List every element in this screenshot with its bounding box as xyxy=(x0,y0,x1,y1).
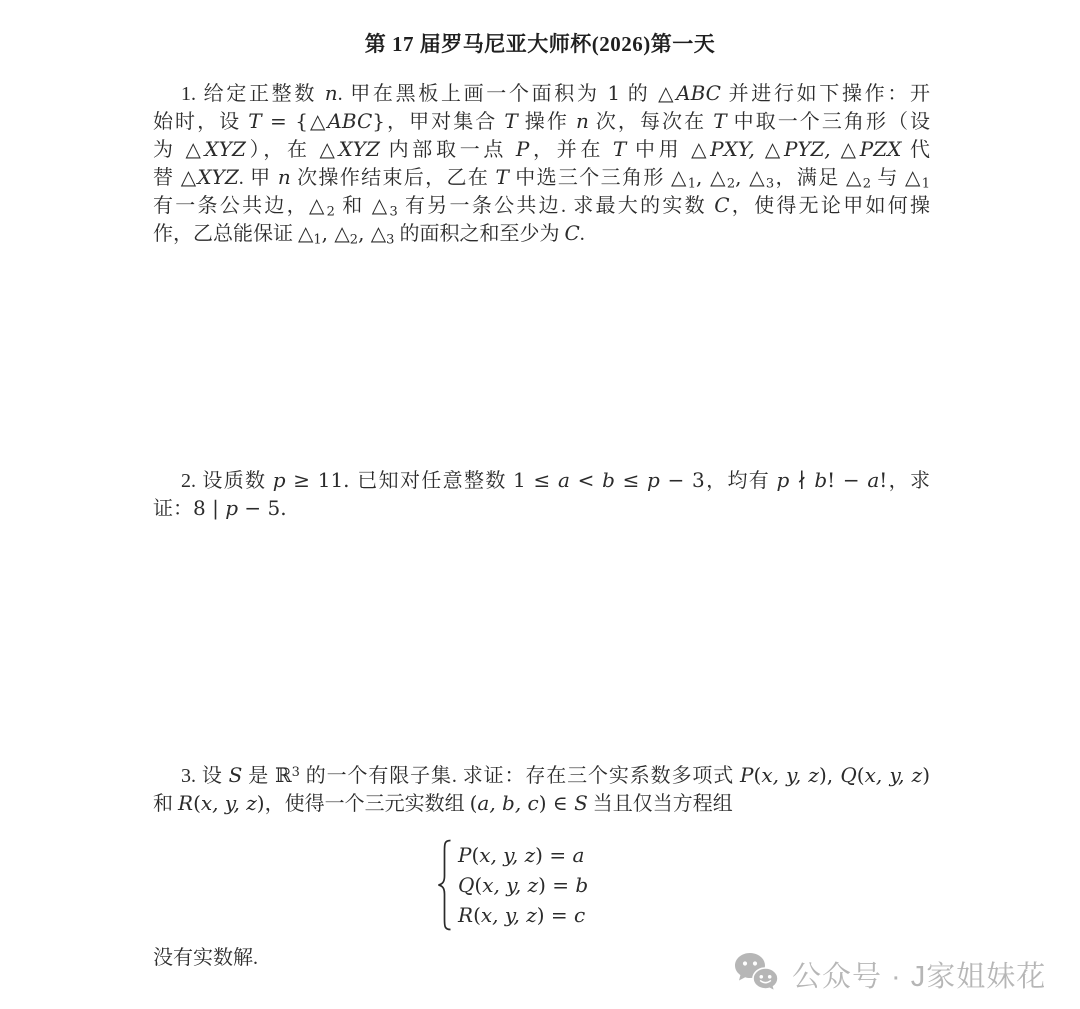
text-segment: 替 xyxy=(153,167,181,189)
text-line: 和 R(x, y, z)，使得一个三元实数组 (a, b, c) ∈ S 当且仅… xyxy=(153,789,930,817)
math-text: △XYZ xyxy=(319,137,379,161)
math-text: x, y, z xyxy=(481,903,537,927)
math-text: T xyxy=(496,165,509,189)
text-line: 2. 设质数 p ≥ 11. 已知对任意整数 1 ≤ a < b ≤ p − 3… xyxy=(153,466,930,494)
text-segment: 当且仅当方程组 xyxy=(588,793,733,815)
math-text: b xyxy=(814,468,827,492)
text-line: Q(x, y, z) = b xyxy=(458,870,588,900)
math-text: △ xyxy=(749,165,766,189)
text-segment: 的面积之和至少为 xyxy=(394,223,564,245)
math-text: R xyxy=(458,903,473,927)
math-text: C xyxy=(564,221,579,245)
left-brace-icon xyxy=(436,839,454,931)
text-segment: ) = xyxy=(538,873,575,897)
equations: P(x, y, z) = aQ(x, y, z) = bR(x, y, z) =… xyxy=(458,840,588,930)
text-segment: 8 | xyxy=(193,496,225,520)
math-text: △XYZ xyxy=(185,137,245,161)
text-segment: 中取一个三角形（设 xyxy=(727,111,930,133)
text-segment: , xyxy=(358,221,371,245)
text-segment: ∤ xyxy=(789,468,814,492)
text-segment: 1 ≤ xyxy=(513,468,558,492)
text-segment: . 甲 xyxy=(239,167,278,189)
watermark: 公众号 · J家姐妹花 xyxy=(733,951,1046,997)
text-segment: 与 xyxy=(871,167,905,189)
math-text: x, y, z xyxy=(761,763,819,787)
text-segment: 有另一条公共边. 求最大的实数 xyxy=(398,195,714,217)
math-text: x, y, z xyxy=(482,873,538,897)
math-text: P xyxy=(458,843,471,867)
text-line: P(x, y, z) = a xyxy=(458,840,588,870)
text-line: 1. 给定正整数 n. 甲在黑板上画一个面积为 1 的 △ABC 并进行如下操作… xyxy=(153,79,930,107)
math-text: S xyxy=(229,763,243,787)
text-segment: ≤ xyxy=(615,468,647,492)
text-segment: 2 xyxy=(727,177,735,191)
text-segment: ，甲对集合 xyxy=(385,111,504,133)
text-segment: 中选三个三角形 xyxy=(509,167,671,189)
text-segment: 1 xyxy=(922,177,930,191)
text-segment: 2 xyxy=(863,177,871,191)
text-segment: ，使得无论甲如何操 xyxy=(730,195,930,217)
math-text: △ xyxy=(710,165,727,189)
text-segment: 3 xyxy=(292,765,300,780)
math-text: p xyxy=(777,468,790,492)
math-text: p xyxy=(647,468,660,492)
math-text: S xyxy=(574,791,588,815)
text-segment: 作，乙总能保证 xyxy=(153,223,298,245)
closing-text: 没有实数解. xyxy=(153,944,258,972)
text-line: 始时，设 T = {△ABC}，甲对集合 T 操作 n 次，每次在 T 中取一个… xyxy=(153,107,930,135)
text-line: 作，乙总能保证 △1, △2, △3 的面积之和至少为 C. xyxy=(153,219,930,247)
text-segment: ，求 xyxy=(887,470,930,492)
text-segment: ，均有 xyxy=(705,470,777,492)
math-text: b xyxy=(602,468,615,492)
math-text: n xyxy=(325,81,338,105)
math-text: T xyxy=(713,109,726,133)
text-segment: 为 xyxy=(153,139,185,161)
text-segment: ( xyxy=(193,791,201,815)
problem-3: 3. 设 S 是 ℝ3 的一个有限子集. 求证：存在三个实系数多项式 P(x, … xyxy=(153,761,930,817)
math-text: p xyxy=(273,468,286,492)
text-segment: 2 xyxy=(350,233,358,248)
text-segment: ! − xyxy=(827,468,867,492)
text-segment: 3 xyxy=(389,205,397,219)
text-segment: 代 xyxy=(901,139,930,161)
text-segment: − 5. xyxy=(238,496,287,520)
text-segment: , xyxy=(735,165,749,189)
text-line: 有一条公共边，△2 和 △3 有另一条公共边. 求最大的实数 C，使得无论甲如何… xyxy=(153,191,930,219)
text-segment: 3. 设 xyxy=(181,765,229,787)
math-text: T xyxy=(504,109,517,133)
text-segment: ℝ xyxy=(275,763,292,787)
text-segment: 的一个有限子集. 求证：存在三个实系数多项式 xyxy=(300,765,740,787)
text-segment: ), xyxy=(819,763,840,787)
text-line: 3. 设 S 是 ℝ3 的一个有限子集. 求证：存在三个实系数多项式 P(x, … xyxy=(153,761,930,789)
text-segment: . xyxy=(580,223,585,245)
math-text: T xyxy=(613,137,626,161)
text-segment: 和 xyxy=(153,793,178,815)
math-text: a, b, c xyxy=(477,791,538,815)
math-text: △ xyxy=(372,193,390,217)
math-text: P xyxy=(740,763,753,787)
text-segment: 1 xyxy=(607,81,620,105)
text-segment: 2 xyxy=(327,205,335,219)
math-text: a xyxy=(558,468,570,492)
math-text: △ xyxy=(371,221,386,245)
math-text: b xyxy=(575,873,588,897)
text-segment: ），在 xyxy=(246,139,320,161)
math-text: C xyxy=(714,193,729,217)
text-line: 替 △XYZ. 甲 n 次操作结束后，乙在 T 中选三个三角形 △1, △2, … xyxy=(153,163,930,191)
text-segment: , xyxy=(696,165,710,189)
text-segment: 操作 xyxy=(518,111,576,133)
text-segment: ) = xyxy=(537,903,574,927)
math-text: x, y, z xyxy=(201,791,257,815)
text-segment: 并进行如下操作：开 xyxy=(721,83,930,105)
math-text: R xyxy=(178,791,193,815)
text-segment: − 3 xyxy=(660,468,705,492)
text-segment: 已知对任意整数 xyxy=(357,470,513,492)
math-text: △PXY, △PYZ, △PZX xyxy=(691,137,901,161)
math-text: △ xyxy=(671,165,688,189)
text-segment: ≥ 11. xyxy=(286,468,358,492)
math-text: x, y, z xyxy=(865,763,923,787)
text-segment: 中用 xyxy=(626,139,691,161)
text-line: 为 △XYZ），在 △XYZ 内部取一点 P，并在 T 中用 △PXY, △PY… xyxy=(153,135,930,163)
text-segment: ) xyxy=(922,763,930,787)
math-text: Q xyxy=(458,873,474,897)
math-text: Q xyxy=(840,763,856,787)
text-segment: ) = xyxy=(535,843,572,867)
wechat-icon xyxy=(733,951,779,997)
math-text: n xyxy=(278,165,291,189)
math-text: c xyxy=(574,903,585,927)
text-segment: , xyxy=(322,221,335,245)
text-segment: 的 xyxy=(620,83,658,105)
math-text: △ xyxy=(298,221,313,245)
math-text: a xyxy=(572,843,584,867)
text-segment: ，并在 xyxy=(529,139,613,161)
text-segment: 3 xyxy=(766,177,774,191)
text-segment: 是 xyxy=(242,765,275,787)
math-text: a xyxy=(867,468,879,492)
page-title: 第 17 届罗马尼亚大师杯(2026)第一天 xyxy=(0,28,1080,58)
problem-1: 1. 给定正整数 n. 甲在黑板上画一个面积为 1 的 △ABC 并进行如下操作… xyxy=(153,79,930,247)
text-segment: 2. 设质数 xyxy=(181,470,273,492)
text-line: R(x, y, z) = c xyxy=(458,900,588,930)
math-text: x, y, z xyxy=(479,843,535,867)
watermark-text: 公众号 · J家姐妹花 xyxy=(792,954,1046,995)
text-segment: ) ∈ xyxy=(539,791,574,815)
math-text: △ABC xyxy=(308,109,372,133)
text-segment: < xyxy=(570,468,602,492)
text-segment: 内部取一点 xyxy=(380,139,516,161)
text-segment: . 甲在黑板上画一个面积为 xyxy=(338,83,608,105)
math-text: p xyxy=(225,496,238,520)
math-text: n xyxy=(576,109,589,133)
text-segment: ，使得一个三元实数组 xyxy=(265,793,470,815)
text-segment: 次操作结束后，乙在 xyxy=(291,167,496,189)
text-segment: 始时，设 xyxy=(153,111,248,133)
math-text: P xyxy=(516,137,529,161)
text-line: 证：8 | p − 5. xyxy=(153,494,930,522)
math-text: △ xyxy=(334,221,349,245)
document-page: 第 17 届罗马尼亚大师杯(2026)第一天 1. 给定正整数 n. 甲在黑板上… xyxy=(0,0,1080,1009)
equation-system: P(x, y, z) = aQ(x, y, z) = bR(x, y, z) =… xyxy=(436,839,588,931)
text-segment: ( xyxy=(473,903,481,927)
text-segment: 次，每次在 xyxy=(589,111,713,133)
text-segment: ) xyxy=(257,791,265,815)
text-segment: ( xyxy=(857,763,865,787)
text-segment: 和 xyxy=(335,195,372,217)
text-segment: ，满足 xyxy=(774,167,846,189)
text-segment: 1. 给定正整数 xyxy=(181,83,325,105)
math-text: △ABC xyxy=(658,81,721,105)
math-text: △ xyxy=(309,193,327,217)
math-text: △ xyxy=(905,165,922,189)
math-text: △ xyxy=(846,165,863,189)
text-segment: 证： xyxy=(153,498,193,520)
text-segment: } xyxy=(372,109,385,133)
math-text: T xyxy=(248,109,261,133)
math-text: △XYZ xyxy=(181,165,239,189)
text-segment: 有一条公共边， xyxy=(153,195,309,217)
text-segment: 1 xyxy=(313,233,321,248)
text-segment: = { xyxy=(262,109,308,133)
problem-2: 2. 设质数 p ≥ 11. 已知对任意整数 1 ≤ a < b ≤ p − 3… xyxy=(153,466,930,522)
text-segment: 1 xyxy=(688,177,696,191)
